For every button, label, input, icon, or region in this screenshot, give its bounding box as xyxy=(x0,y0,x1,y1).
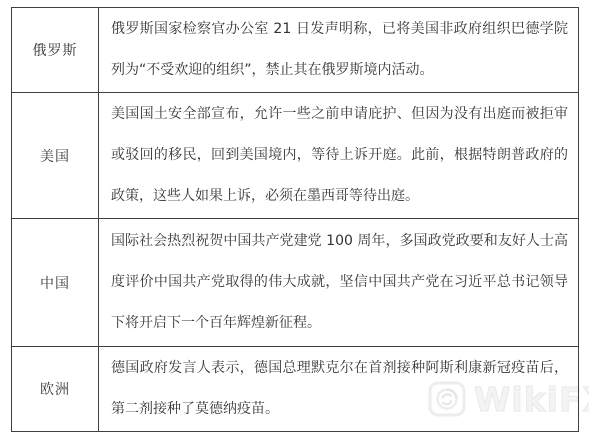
news-text: 俄罗斯国家检察官办公室 21 日发声明称，已将美国非政府组织巴德学院列为“不受欢… xyxy=(99,8,579,93)
table-row: 美国 美国国土安全部宣布，允许一些之前申请庇护、但因为没有出庭而被拒审或驳回的移… xyxy=(12,93,579,219)
page: WikiFX 俄罗斯 俄罗斯国家检察官办公室 21 日发声明称，已将美国非政府组… xyxy=(0,0,589,435)
table-row: 欧洲 德国政府发言人表示，德国总理默克尔在首剂接种阿斯利康新冠疫苗后，第二剂接种… xyxy=(12,347,579,432)
region-label: 美国 xyxy=(12,93,99,219)
news-text: 美国国土安全部宣布，允许一些之前申请庇护、但因为没有出庭而被拒审或驳回的移民，回… xyxy=(99,93,579,219)
table-row: 中国 国际社会热烈祝贺中国共产党建党 100 周年，多国政党政要和友好人士高度评… xyxy=(12,219,579,347)
news-table: 俄罗斯 俄罗斯国家检察官办公室 21 日发声明称，已将美国非政府组织巴德学院列为… xyxy=(11,7,579,432)
region-label: 俄罗斯 xyxy=(12,8,99,93)
news-text: 国际社会热烈祝贺中国共产党建党 100 周年，多国政党政要和友好人士高度评价中国… xyxy=(99,219,579,347)
news-text: 德国政府发言人表示，德国总理默克尔在首剂接种阿斯利康新冠疫苗后，第二剂接种了莫德… xyxy=(99,347,579,432)
table-row: 俄罗斯 俄罗斯国家检察官办公室 21 日发声明称，已将美国非政府组织巴德学院列为… xyxy=(12,8,579,93)
region-label: 中国 xyxy=(12,219,99,347)
region-label: 欧洲 xyxy=(12,347,99,432)
